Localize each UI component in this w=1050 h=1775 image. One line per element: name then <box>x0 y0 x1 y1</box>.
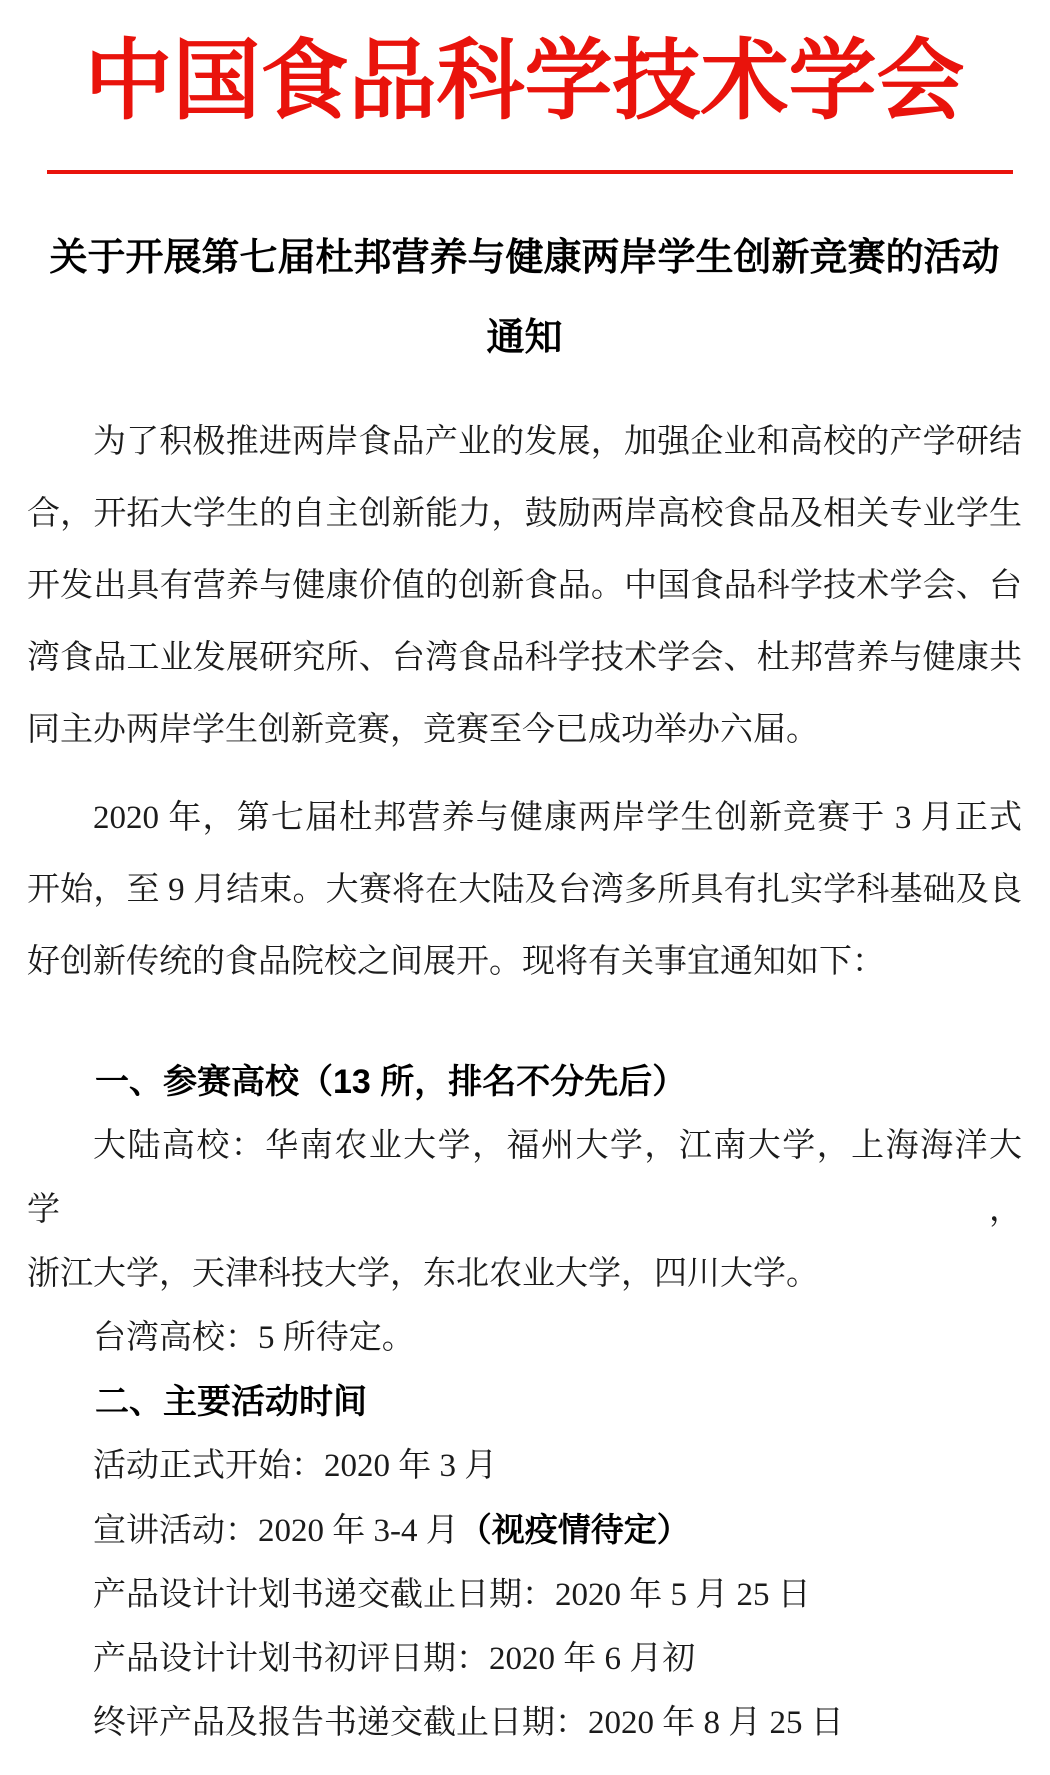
intro-paragraph-line-4: 湾食品工业发展研究所、台湾食品科学技术学会、杜邦营养与健康共 <box>27 622 1022 694</box>
schedule-proposal-review: 产品设计计划书初评日期：2020 年 6 月初 <box>27 1627 1022 1691</box>
organization-masthead: 中国食品科学技术学会 <box>27 0 1022 140</box>
section-1-heading-participating-universities: 一、参赛高校（13 所，排名不分先后） <box>27 1050 1022 1114</box>
schedule-final-deadline: 终评产品及报告书递交截止日期：2020 年 8 月 25 日 <box>27 1691 1022 1755</box>
masthead-divider-line <box>47 170 1013 174</box>
notice-title: 关于开展第七届杜邦营养与健康两岸学生创新竞赛的活动 通知 <box>27 218 1022 378</box>
intro-paragraph-line-1: 为了积极推进两岸食品产业的发展，加强企业和高校的产学研结 <box>27 406 1022 478</box>
notice-title-line-2: 通知 <box>27 298 1022 378</box>
intro-paragraph-line-5: 同主办两岸学生创新竞赛，竞赛至今已成功举办六届。 <box>27 694 1022 766</box>
schedule-promotion-text: 宣讲活动：2020 年 3-4 月 <box>93 1513 459 1549</box>
competition-paragraph-line-1: 2020 年，第七届杜邦营养与健康两岸学生创新竞赛于 3 月正式 <box>27 782 1022 854</box>
schedule-promotion-note: （视疫情待定） <box>459 1511 690 1548</box>
mainland-universities-line-1: 大陆高校：华南农业大学，福州大学，江南大学，上海海洋大学， <box>27 1114 1022 1242</box>
schedule-promotion: 宣讲活动：2020 年 3-4 月（视疫情待定） <box>27 1498 1022 1563</box>
notice-title-line-1: 关于开展第七届杜邦营养与健康两岸学生创新竞赛的活动 <box>27 218 1022 298</box>
taiwan-universities: 台湾高校：5 所待定。 <box>27 1306 1022 1370</box>
schedule-proposal-deadline: 产品设计计划书递交截止日期：2020 年 5 月 25 日 <box>27 1563 1022 1627</box>
intro-paragraph-line-2: 合，开拓大学生的自主创新能力，鼓励两岸高校食品及相关专业学生 <box>27 478 1022 550</box>
competition-paragraph-line-2: 开始，至 9 月结束。大赛将在大陆及台湾多所具有扎实学科基础及良 <box>27 854 1022 926</box>
intro-paragraph-line-3: 开发出具有营养与健康价值的创新食品。中国食品科学技术学会、台 <box>27 550 1022 622</box>
section-2-heading-schedule: 二、主要活动时间 <box>27 1370 1022 1434</box>
competition-paragraph-line-3: 好创新传统的食品院校之间展开。现将有关事宜通知如下： <box>27 926 1022 998</box>
mainland-universities-line-2: 浙江大学，天津科技大学，东北农业大学，四川大学。 <box>27 1242 1022 1306</box>
document-page: 中国食品科学技术学会 关于开展第七届杜邦营养与健康两岸学生创新竞赛的活动 通知 … <box>0 0 1050 1775</box>
schedule-activity-start: 活动正式开始：2020 年 3 月 <box>27 1434 1022 1498</box>
notice-body: 为了积极推进两岸食品产业的发展，加强企业和高校的产学研结 合，开拓大学生的自主创… <box>27 406 1022 1755</box>
